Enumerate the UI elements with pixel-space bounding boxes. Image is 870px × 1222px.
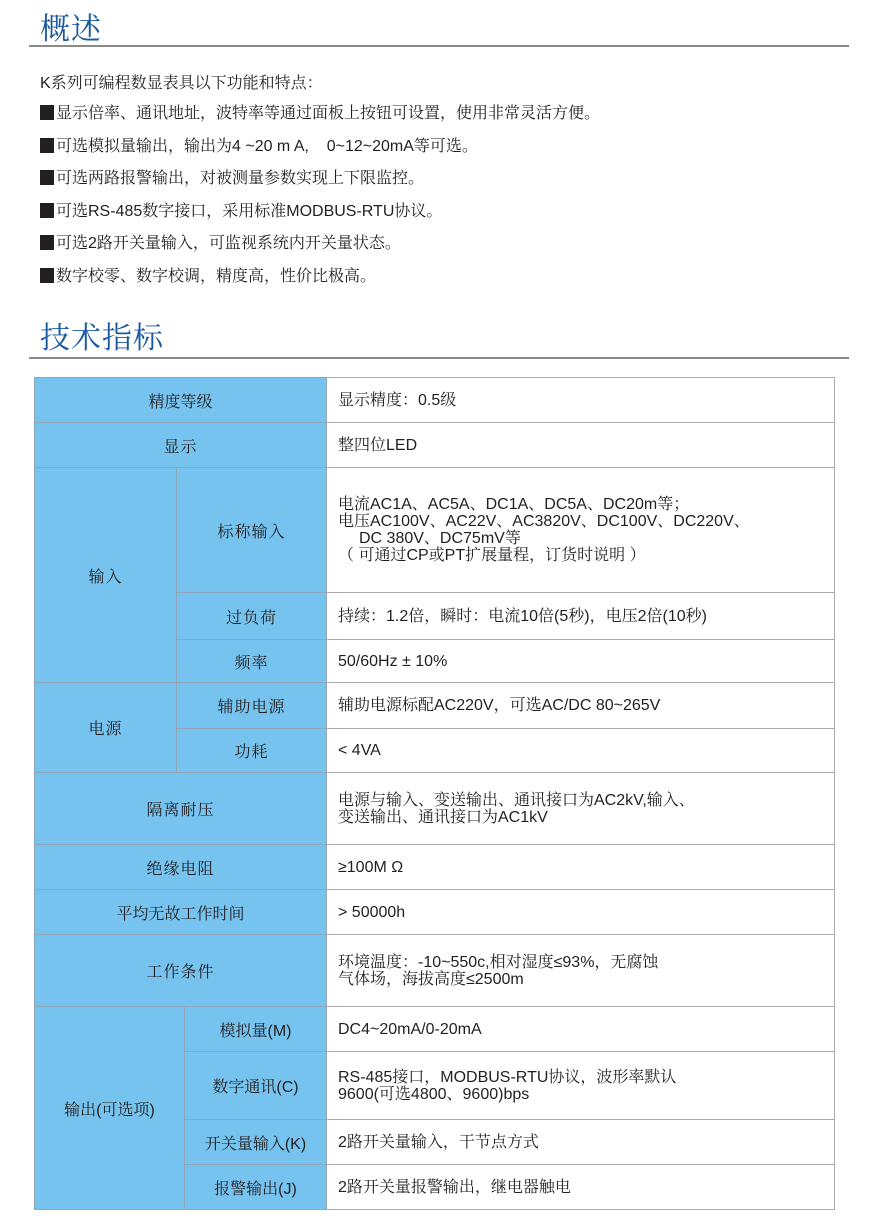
spec-value: < 4VA (327, 729, 835, 773)
spec-row-accuracy: 精度等级 显示精度：0.5级 (35, 378, 835, 423)
specs-divider (29, 357, 849, 359)
spec-row-isolation: 隔离耐压 电源与输入、变送输出、通讯接口为AC2kV,输入、 变送输出、通讯接口… (35, 773, 835, 845)
spec-label: 隔离耐压 (35, 773, 327, 845)
spec-sublabel: 功耗 (177, 729, 327, 773)
square-bullet-icon (40, 268, 54, 283)
square-bullet-icon (40, 138, 54, 153)
feature-item: 可选两路报警输出，对被测量参数实现上下限监控。 (40, 169, 600, 202)
spec-label: 绝缘电阻 (35, 845, 327, 890)
spec-sublabel: 开关量输入(K) (185, 1120, 327, 1165)
spec-sublabel: 频率 (177, 640, 327, 683)
spec-row-insulation: 绝缘电阻 ≥100M Ω (35, 845, 835, 890)
spec-value: 辅助电源标配AC220V，可选AC/DC 80~265V (327, 683, 835, 729)
spec-row-conditions: 工作条件 环境温度：-10~550c,相对湿度≤93%，无腐蚀 气体场，海拔高度… (35, 935, 835, 1007)
spec-sublabel: 过负荷 (177, 593, 327, 640)
spec-value: ≥100M Ω (327, 845, 835, 890)
spec-value: 持续：1.2倍，瞬时：电流10倍(5秒)，电压2倍(10秒) (327, 593, 835, 640)
spec-value: RS-485接口，MODBUS-RTU协议，波形率默认 9600(可选4800、… (327, 1052, 835, 1120)
spec-sublabel: 报警输出(J) (185, 1165, 327, 1210)
spec-row-mtbf: 平均无故工作时间 > 50000h (35, 890, 835, 935)
spec-group-label: 输出(可选项) (35, 1007, 185, 1210)
spec-value: 显示精度：0.5级 (327, 378, 835, 423)
square-bullet-icon (40, 105, 54, 120)
square-bullet-icon (40, 235, 54, 250)
spec-table: 精度等级 显示精度：0.5级 显示 整四位LED 输入 标称输入 电流AC1A、… (34, 377, 835, 1210)
feature-item: 可选模拟量输出，输出为4 ~20 m A, 0~12~20mA等可选。 (40, 137, 600, 170)
spec-sublabel: 标称输入 (177, 468, 327, 593)
spec-sublabel: 模拟量(M) (185, 1007, 327, 1052)
square-bullet-icon (40, 203, 54, 218)
feature-item: 显示倍率、通讯地址，波特率等通过面板上按钮可设置，使用非常灵活方便。 (40, 104, 600, 137)
overview-divider (29, 45, 849, 47)
square-bullet-icon (40, 170, 54, 185)
spec-value: 电源与输入、变送输出、通讯接口为AC2kV,输入、 变送输出、通讯接口为AC1k… (327, 773, 835, 845)
spec-group-label: 输入 (35, 468, 177, 683)
feature-item: 可选RS-485数字接口，采用标准MODBUS-RTU协议。 (40, 202, 600, 235)
spec-group-label: 电源 (35, 683, 177, 773)
spec-value: 2路开关量输入，干节点方式 (327, 1120, 835, 1165)
overview-intro: K系列可编程数显表具以下功能和特点： (40, 74, 323, 94)
feature-item: 可选2路开关量输入，可监视系统内开关量状态。 (40, 234, 600, 267)
spec-label: 显示 (35, 423, 327, 468)
spec-label: 平均无故工作时间 (35, 890, 327, 935)
spec-row-output-analog: 输出(可选项) 模拟量(M) DC4~20mA/0-20mA (35, 1007, 835, 1052)
feature-list: 显示倍率、通讯地址，波特率等通过面板上按钮可设置，使用非常灵活方便。 可选模拟量… (40, 104, 600, 299)
specs-title: 技术指标 (40, 313, 164, 357)
spec-row-power-aux: 电源 辅助电源 辅助电源标配AC220V，可选AC/DC 80~265V (35, 683, 835, 729)
spec-value: > 50000h (327, 890, 835, 935)
spec-label: 工作条件 (35, 935, 327, 1007)
spec-label: 精度等级 (35, 378, 327, 423)
spec-value: 电流AC1A、AC5A、DC1A、DC5A、DC20m等； 电压AC100V、A… (327, 468, 835, 593)
spec-value: 2路开关量报警输出，继电器触电 (327, 1165, 835, 1210)
spec-row-display: 显示 整四位LED (35, 423, 835, 468)
spec-sublabel: 数字通讯(C) (185, 1052, 327, 1120)
spec-value: DC4~20mA/0-20mA (327, 1007, 835, 1052)
spec-value: 50/60Hz ± 10% (327, 640, 835, 683)
feature-item: 数字校零、数字校调，精度高，性价比极高。 (40, 267, 600, 300)
spec-value: 整四位LED (327, 423, 835, 468)
overview-title: 概述 (40, 4, 102, 48)
spec-row-input-nominal: 输入 标称输入 电流AC1A、AC5A、DC1A、DC5A、DC20m等； 电压… (35, 468, 835, 593)
spec-sublabel: 辅助电源 (177, 683, 327, 729)
spec-value: 环境温度：-10~550c,相对湿度≤93%，无腐蚀 气体场，海拔高度≤2500… (327, 935, 835, 1007)
